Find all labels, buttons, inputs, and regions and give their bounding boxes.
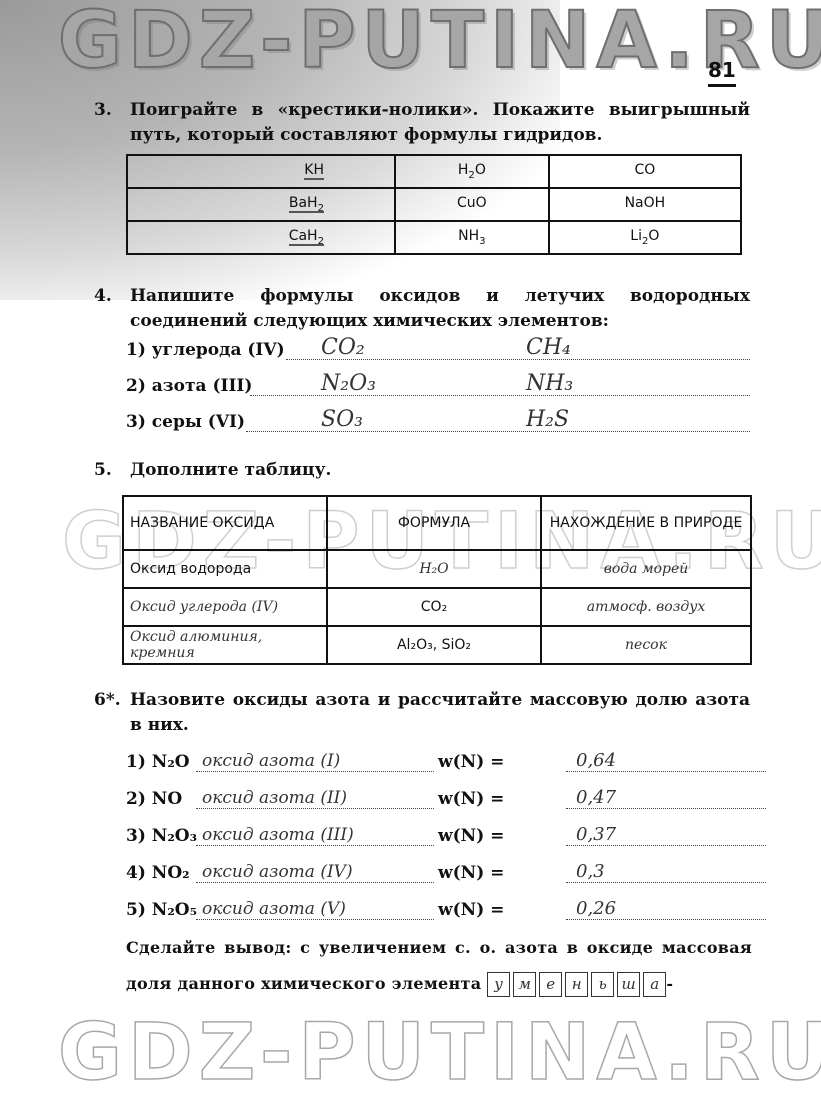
nature-cell: вода морей <box>541 550 751 588</box>
grid-row: KHH2OCO <box>127 155 741 188</box>
task-text: Назовите оксиды азота и рассчитайте масс… <box>130 688 750 738</box>
letter-box[interactable]: н <box>565 972 588 997</box>
task-text: Дополните таблицу. <box>130 458 750 483</box>
mass-fraction-label: w(N) = <box>438 789 504 809</box>
task-number: 4. <box>94 284 124 309</box>
watermark-bottom: GDZ-PUTINA.RU <box>58 1008 821 1094</box>
oxides-table: НАЗВАНИЕ ОКСИДА ФОРМУЛА НАХОЖДЕНИЕ В ПРИ… <box>122 495 752 665</box>
formula: Li2O <box>630 228 659 244</box>
oxide-name-answer[interactable]: оксид азота (II) <box>196 788 434 809</box>
oxide-name-answer[interactable]: оксид азота (V) <box>196 899 434 920</box>
formula: BaH2 <box>289 195 324 213</box>
mass-fraction-label: w(N) = <box>438 826 504 846</box>
hydride-answer: CH₄ <box>526 335 571 360</box>
element-label: 1) углерода (IV) <box>126 340 285 360</box>
letter-box[interactable]: м <box>513 972 536 997</box>
formula-label: 3) N₂O₃ <box>126 826 197 846</box>
formula: NH3 <box>458 228 485 244</box>
formula-cell: CO₂ <box>327 588 541 626</box>
watermark-top: GDZ-PUTINA.RU <box>58 0 821 86</box>
formula-label: 1) N₂O <box>126 752 190 772</box>
grid-cell[interactable]: H2O <box>395 155 549 188</box>
letter-box[interactable]: у <box>487 972 510 997</box>
grid-cell-marked[interactable]: KH <box>127 155 395 188</box>
letter-box[interactable]: ь <box>591 972 614 997</box>
formula: NaOH <box>625 195 666 211</box>
oxide-answer: N₂O₃ <box>321 371 376 396</box>
grid-cell[interactable]: NH3 <box>395 221 549 254</box>
element-label: 3) серы (VI) <box>126 412 245 432</box>
tic-tac-toe-grid: KHH2OCOBaH2CuONaOHCaH2NH3Li2O <box>126 154 742 255</box>
table-row: Оксид водородаH₂Oвода морей <box>123 550 751 588</box>
hydride-answer: H₂S <box>526 407 569 432</box>
grid-row: CaH2NH3Li2O <box>127 221 741 254</box>
fill-row: 1) углерода (IV)CO₂CH₄ <box>126 334 750 364</box>
grid-cell[interactable]: Li2O <box>549 221 741 254</box>
column-header: НАЗВАНИЕ ОКСИДА <box>123 496 327 550</box>
oxide-name-answer[interactable]: оксид азота (IV) <box>196 862 434 883</box>
formula-label: 5) N₂O₅ <box>126 900 197 920</box>
grid-cell-marked[interactable]: CaH2 <box>127 221 395 254</box>
fill-row: 3) серы (VI)SO₃H₂S <box>126 406 750 436</box>
nitrogen-oxide-row: 3) N₂O₃оксид азота (III)w(N) =0,37 <box>126 818 756 850</box>
table-row: Оксид алюминия, кремнияAl₂O₃, SiO₂песок <box>123 626 751 664</box>
mass-fraction-answer[interactable]: 0,37 <box>566 824 766 846</box>
fill-row: 2) азота (III)N₂O₃NH₃ <box>126 370 750 400</box>
nature-cell: песок <box>541 626 751 664</box>
mass-fraction-label: w(N) = <box>438 900 504 920</box>
formula-cell: Al₂O₃, SiO₂ <box>327 626 541 664</box>
oxide-answer: SO₃ <box>321 407 363 432</box>
nitrogen-oxide-row: 5) N₂O₅оксид азота (V)w(N) =0,26 <box>126 892 756 924</box>
letter-box[interactable]: е <box>539 972 562 997</box>
task-text: Поиграйте в «крестики-нолики». Покажите … <box>130 98 750 148</box>
nature-cell: атмосф. воздух <box>541 588 751 626</box>
formula: CO <box>634 162 655 178</box>
mass-fraction-answer[interactable]: 0,64 <box>566 750 766 772</box>
mass-fraction-label: w(N) = <box>438 752 504 772</box>
hydride-answer: NH₃ <box>526 371 573 396</box>
grid-cell[interactable]: NaOH <box>549 188 741 221</box>
mass-fraction-answer[interactable]: 0,26 <box>566 898 766 920</box>
oxide-name-answer[interactable]: оксид азота (I) <box>196 751 434 772</box>
formula: CaH2 <box>289 228 324 246</box>
mass-fraction-answer[interactable]: 0,3 <box>566 861 766 883</box>
task-4: 4. Напишите формулы оксидов и летучих во… <box>94 284 750 334</box>
task-number: 6*. <box>94 688 124 713</box>
conclusion: Сделайте вывод: с увеличением с. о. азот… <box>126 930 752 1002</box>
nitrogen-oxide-row: 2) NOоксид азота (II)w(N) =0,47 <box>126 781 756 813</box>
grid-cell-marked[interactable]: BaH2 <box>127 188 395 221</box>
mass-fraction-answer[interactable]: 0,47 <box>566 787 766 809</box>
oxide-name-cell: Оксид водорода <box>123 550 327 588</box>
table-header-row: НАЗВАНИЕ ОКСИДА ФОРМУЛА НАХОЖДЕНИЕ В ПРИ… <box>123 496 751 550</box>
task-5: 5. Дополните таблицу. <box>94 458 750 483</box>
task-number: 3. <box>94 98 124 123</box>
task-6: 6*. Назовите оксиды азота и рассчитайте … <box>94 688 750 738</box>
oxide-answer: CO₂ <box>321 335 365 360</box>
answer-letter-boxes[interactable]: уменьша <box>487 972 666 997</box>
formula: CuO <box>457 195 487 211</box>
page-number: 81 <box>708 58 736 87</box>
column-header: ФОРМУЛА <box>327 496 541 550</box>
nitrogen-oxide-row: 1) N₂Oоксид азота (I)w(N) =0,64 <box>126 744 756 776</box>
formula: KH <box>304 162 324 180</box>
oxide-name-answer[interactable]: оксид азота (III) <box>196 825 434 846</box>
table-row: Оксид углерода (IV)CO₂атмосф. воздух <box>123 588 751 626</box>
letter-box[interactable]: а <box>643 972 666 997</box>
formula-label: 2) NO <box>126 789 182 809</box>
grid-cell[interactable]: CO <box>549 155 741 188</box>
task-3: 3. Поиграйте в «крестики-нолики». Покажи… <box>94 98 750 148</box>
element-label: 2) азота (III) <box>126 376 252 396</box>
scan-shading <box>0 0 560 300</box>
grid-cell[interactable]: CuO <box>395 188 549 221</box>
task-number: 5. <box>94 458 124 483</box>
letter-box[interactable]: ш <box>617 972 640 997</box>
formula-label: 4) NO₂ <box>126 863 190 883</box>
oxide-name-cell: Оксид углерода (IV) <box>123 588 327 626</box>
nitrogen-oxide-row: 4) NO₂оксид азота (IV)w(N) =0,3 <box>126 855 756 887</box>
formula-cell: H₂O <box>327 550 541 588</box>
grid-row: BaH2CuONaOH <box>127 188 741 221</box>
answer-suffix: - <box>666 974 673 993</box>
mass-fraction-label: w(N) = <box>438 863 504 883</box>
oxide-name-cell: Оксид алюминия, кремния <box>123 626 327 664</box>
task-text: Напишите формулы оксидов и летучих водор… <box>130 284 750 334</box>
column-header: НАХОЖДЕНИЕ В ПРИРОДЕ <box>541 496 751 550</box>
formula: H2O <box>458 162 486 178</box>
